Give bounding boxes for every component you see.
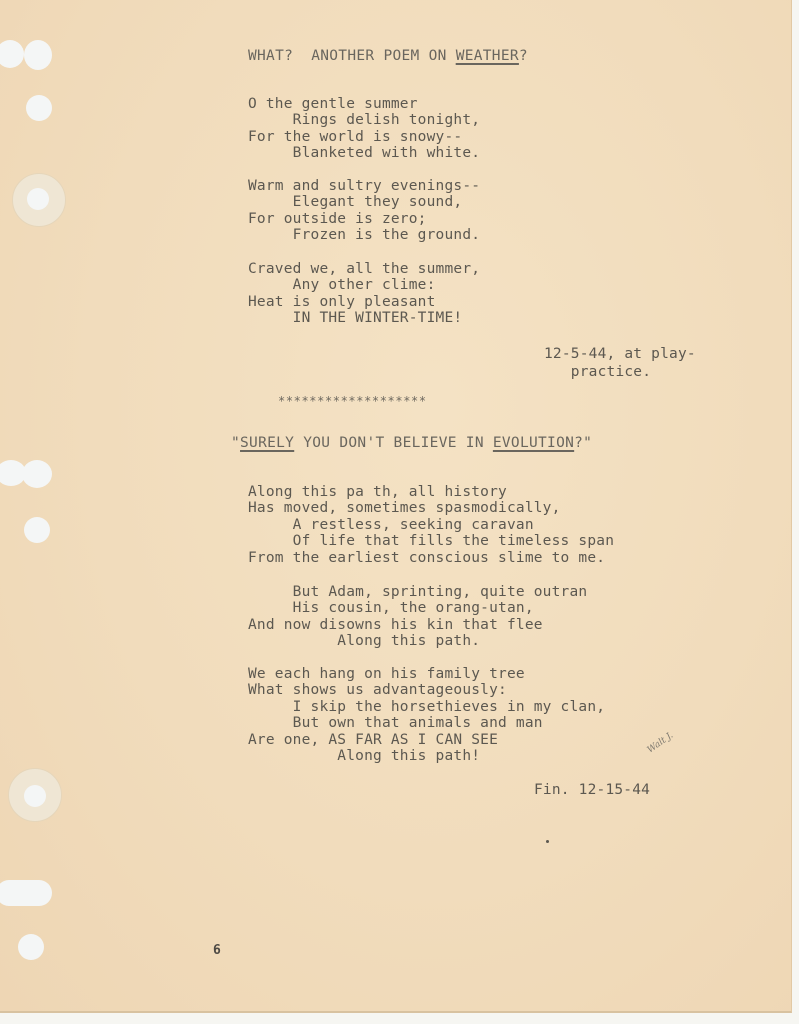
stanza: Craved we, all the summer, Any other cli… <box>248 261 480 327</box>
stanza: O the gentle summer Rings delish tonight… <box>248 96 480 162</box>
binder-hole <box>0 880 52 906</box>
dateline: Fin. 12-15-44 <box>534 782 650 798</box>
stanza: Warm and sultry evenings-- Elegant they … <box>248 178 480 244</box>
poem-title: "SURELY YOU DON'T BELIEVE IN EVOLUTION?" <box>231 435 592 451</box>
binder-hole <box>24 785 46 807</box>
title-underlined-word: EVOLUTION <box>493 435 574 451</box>
title-text: YOU DON'T BELIEVE IN <box>294 435 493 451</box>
binder-hole <box>22 460 52 488</box>
title-underlined-word: SURELY <box>240 435 294 451</box>
stanza: Along this pa th, all history Has moved,… <box>248 484 614 566</box>
binder-hole <box>24 517 50 543</box>
title-underlined-word: WEATHER <box>456 48 519 64</box>
stanza: But Adam, sprinting, quite outran His co… <box>248 584 587 650</box>
ink-speck <box>546 840 549 843</box>
title-quote: " <box>231 435 240 451</box>
poem-title: WHAT? ANOTHER POEM ON WEATHER? <box>248 48 528 64</box>
binder-hole <box>27 188 49 210</box>
binder-hole <box>0 40 24 68</box>
binder-hole <box>26 95 52 121</box>
typewritten-page: WHAT? ANOTHER POEM ON WEATHER? O the gen… <box>0 0 792 1013</box>
binder-hole <box>24 40 52 70</box>
title-text: WHAT? ANOTHER POEM ON <box>248 48 456 64</box>
title-punct: ? <box>519 48 528 64</box>
page-number: 6 <box>213 943 221 958</box>
separator: ******************* <box>278 393 427 409</box>
binder-hole <box>18 934 44 960</box>
handwritten-signature: Walt J. <box>646 731 675 756</box>
stanza: We each hang on his family tree What sho… <box>248 666 605 764</box>
dateline: 12-5-44, at play- practice. <box>544 345 696 381</box>
title-quote: ?" <box>574 435 592 451</box>
